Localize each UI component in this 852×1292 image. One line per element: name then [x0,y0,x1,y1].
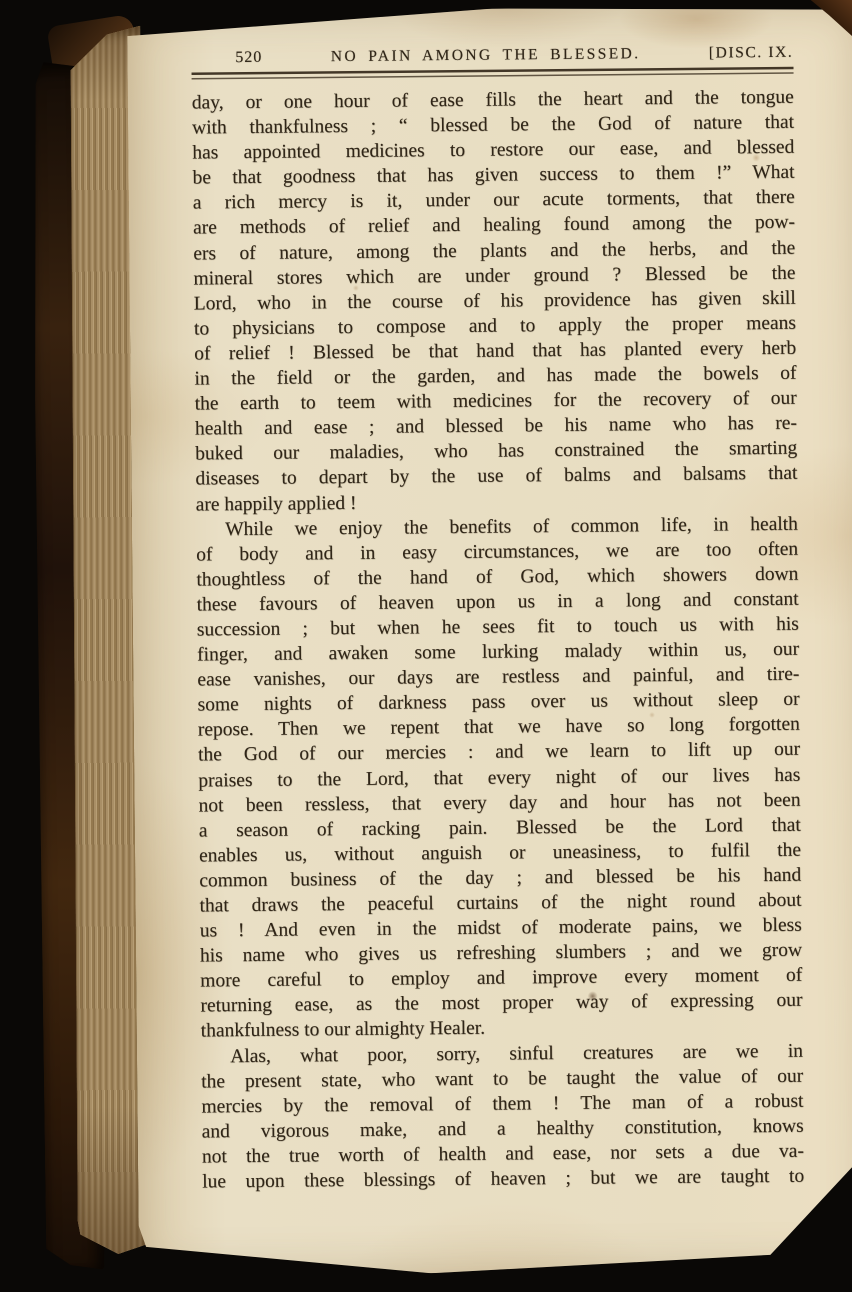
header-rule [192,67,794,82]
page-body: day, or one hour of ease fills the heart… [192,85,805,1195]
running-title: NO PAIN AMONG THE BLESSED. [331,45,641,66]
body-paragraph: While we enjoy the benefits of common li… [196,511,803,1044]
page-header: 520 NO PAIN AMONG THE BLESSED. [DISC. IX… [191,44,793,68]
page-content: 520 NO PAIN AMONG THE BLESSED. [DISC. IX… [191,44,804,1195]
body-paragraph: Alas, what poor, sorry, sinful creatures… [201,1038,804,1194]
page-number: 520 [191,49,262,68]
text-line: lue upon these blessings of heaven ; but… [202,1164,804,1195]
body-paragraph: day, or one hour of ease fills the heart… [192,85,798,517]
section-label: [DISC. IX. [709,44,794,63]
book-page: 520 NO PAIN AMONG THE BLESSED. [DISC. IX… [127,5,852,1276]
